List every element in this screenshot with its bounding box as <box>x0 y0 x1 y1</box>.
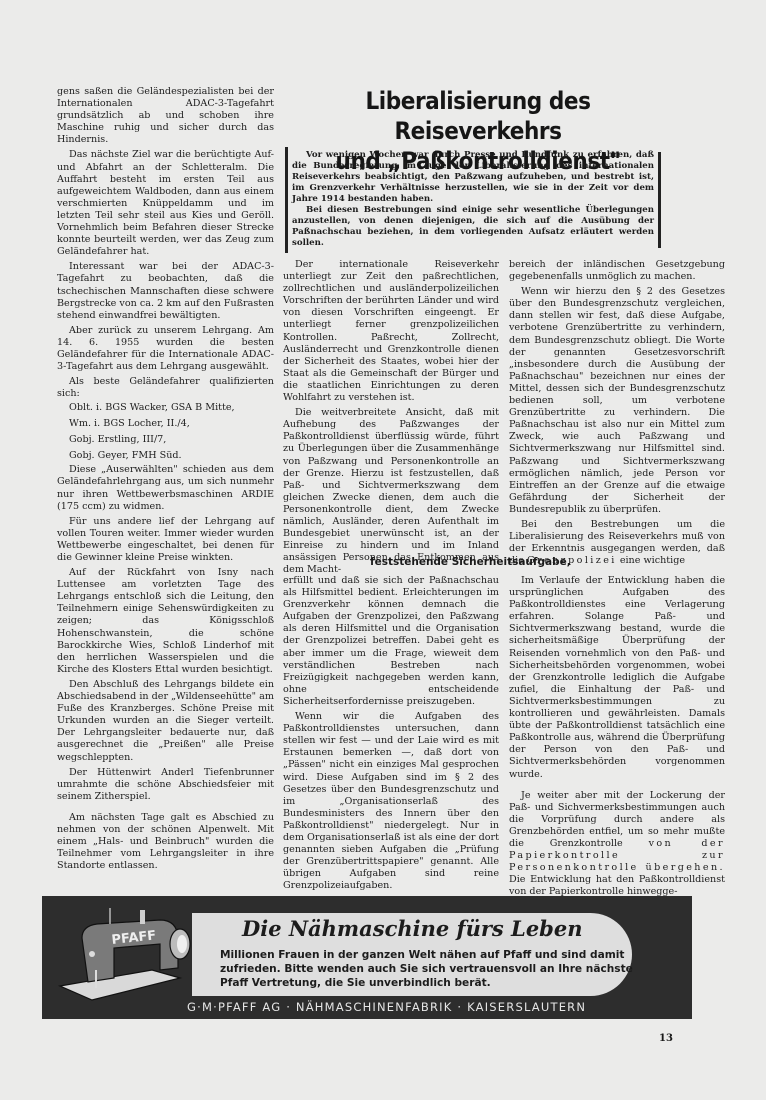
paragraph: Aber zurück zu unserem Lehrgang. Am 14. … <box>57 325 274 373</box>
paragraph: Am nächsten Tage galt es Abschied zu neh… <box>57 812 274 872</box>
left-column: gens saßen die Geländespezialisten bei d… <box>57 86 274 872</box>
article-column-mid-bottom: erfüllt und daß sie sich der Paßnachscha… <box>283 575 499 892</box>
qualified-list: Oblt. i. BGS Wacker, GSA B Mitte, Wm. i.… <box>57 400 274 464</box>
lead-rule-left <box>285 147 288 253</box>
text: Die Entwicklung hat den Paßkontrolldiens… <box>509 874 725 897</box>
paragraph: Je weiter aber mit der Lockerung der Paß… <box>509 790 725 899</box>
paragraph: Der internationale Reiseverkehr unterlie… <box>283 259 499 404</box>
article-column-right-bottom: Im Verlaufe der Entwicklung haben die ur… <box>509 575 725 898</box>
paragraph: Als beste Geländefahrer qualifizierten s… <box>57 376 274 400</box>
text: eine wichtige <box>617 555 685 566</box>
lead-paragraph: Vor wenigen Wochen war durch Presse und … <box>292 150 654 205</box>
lead-paragraph: Bei diesen Bestrebungen sind einige sehr… <box>292 205 654 249</box>
lead-rule-right <box>658 152 661 248</box>
paragraph: Auf der Rückfahrt von Isny nach Luttense… <box>57 567 274 676</box>
paragraph: Die weitverbreitete Ansicht, daß mit Auf… <box>283 407 499 576</box>
paragraph: Der Hüttenwirt Anderl Tiefenbrunner umra… <box>57 767 274 803</box>
ad-footer: G·M·PFAFF AG · NÄHMASCHINENFABRIK · KAIS… <box>187 1000 586 1014</box>
paragraph: Das nächste Ziel war die berüchtigte Auf… <box>57 149 274 258</box>
magazine-page: gens saßen die Geländespezialisten bei d… <box>0 0 766 1100</box>
pfaff-advertisement: PFAFF Die Nähmaschine fürs Leben Million… <box>42 896 692 1019</box>
paragraph: Wenn wir hierzu den § 2 des Gesetzes übe… <box>509 286 725 516</box>
paragraph: bereich der inländischen Gesetzgebung ge… <box>509 259 725 283</box>
list-item: Gobj. Geyer, FMH Süd. <box>69 448 274 464</box>
article-column-mid-top: Der internationale Reiseverkehr unterlie… <box>283 259 499 576</box>
paragraph: erfüllt und daß sie sich der Paßnachscha… <box>283 575 499 708</box>
article-column-right-top: bereich der inländischen Gesetzgebung ge… <box>509 259 725 567</box>
paragraph: Für uns andere lief der Lehrgang auf vol… <box>57 516 274 564</box>
paragraph: gens saßen die Geländespezialisten bei d… <box>57 86 274 146</box>
paragraph: Interessant war bei der ADAC-3-Tagefahrt… <box>57 261 274 321</box>
list-item: Oblt. i. BGS Wacker, GSA B Mitte, <box>69 400 274 416</box>
paragraph: Im Verlaufe der Entwicklung haben die ur… <box>509 575 725 781</box>
page-number: 13 <box>659 1033 673 1044</box>
title-line-1: Liberalisierung des Reiseverkehrs <box>298 86 658 146</box>
paragraph: Wenn wir die Aufgaben des Paßkontrolldie… <box>283 711 499 892</box>
scan-margin <box>766 0 779 1100</box>
paragraph: Den Abschluß des Lehrgangs bildete ein A… <box>57 679 274 764</box>
article-subheading: feststehende Sicherheitsaufgabe, <box>370 556 571 568</box>
ad-body: Millionen Frauen in der ganzen Welt nähe… <box>220 948 640 990</box>
ad-slogan: Die Nähmaschine fürs Leben <box>242 916 583 941</box>
list-item: Gobj. Erstling, III/7, <box>69 432 274 448</box>
paragraph: Diese „Auserwählten" schieden aus dem Ge… <box>57 464 274 512</box>
list-item: Wm. i. BGS Locher, II./4, <box>69 416 274 432</box>
sewing-machine-icon: PFAFF <box>52 908 202 1008</box>
article-lead: Vor wenigen Wochen war durch Presse und … <box>292 150 654 249</box>
